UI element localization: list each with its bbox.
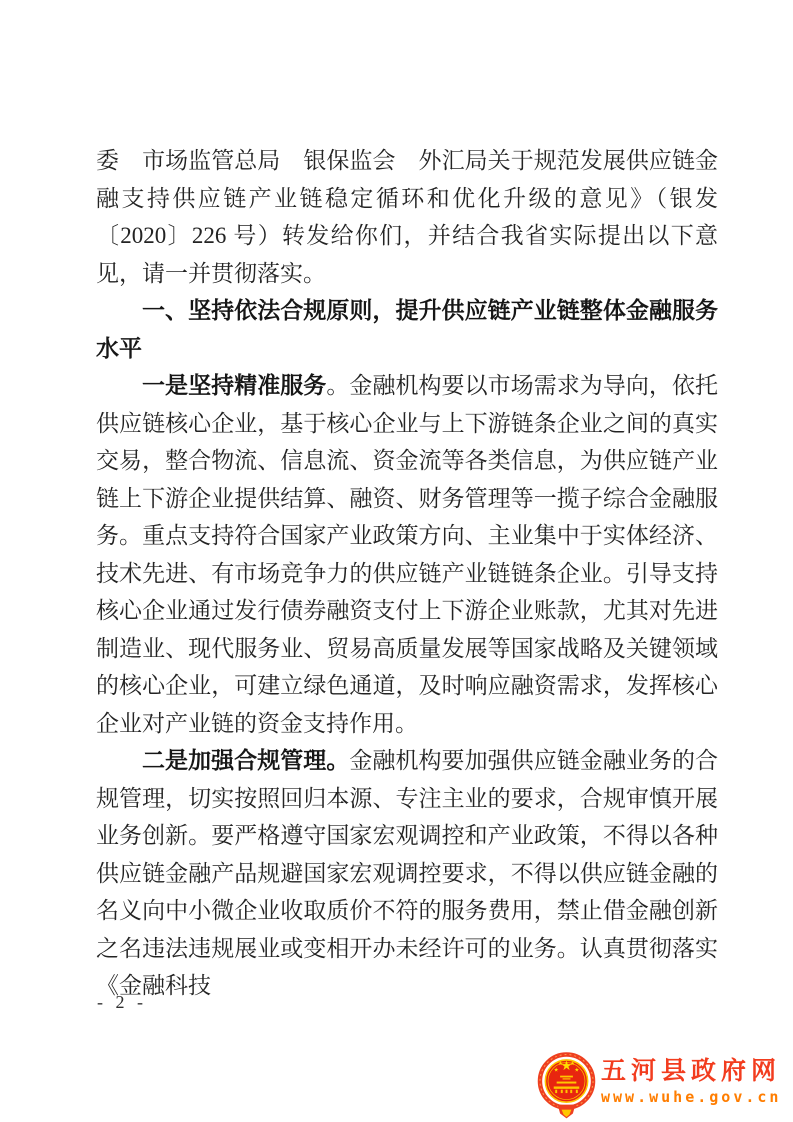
watermark-text: 五河县政府网 www.wuhe.gov.cn	[601, 1048, 781, 1108]
paragraph-item-2: 二是加强合规管理。金融机构要加强供应链金融业务的合规管理，切实按照回归本源、专注…	[96, 742, 718, 1005]
china-national-emblem-icon	[537, 1048, 596, 1122]
page-number: - 2 -	[97, 992, 147, 1013]
site-name: 五河县政府网	[601, 1055, 781, 1087]
document-body: 委 市场监管总局 银保监会 外汇局关于规范发展供应链金融支持供应链产业链稳定循环…	[96, 142, 718, 1005]
site-url: www.wuhe.gov.cn	[601, 1087, 781, 1108]
paragraph-text-1: 。金融机构要以市场需求为导向，依托供应链核心企业，基于核心企业与上下游链条企业之…	[96, 373, 718, 736]
subsection-lead-1: 一是坚持精准服务	[142, 372, 326, 398]
paragraph-continuation: 委 市场监管总局 银保监会 外汇局关于规范发展供应链金融支持供应链产业链稳定循环…	[96, 142, 718, 292]
section-heading: 一、坚持依法合规原则，提升供应链产业链整体金融服务水平	[96, 292, 718, 367]
site-watermark: 五河县政府网 www.wuhe.gov.cn	[537, 1048, 781, 1122]
paragraph-text-2: 金融机构要加强供应链金融业务的合规管理，切实按照回归本源、专注主业的要求，合规审…	[96, 748, 718, 998]
document-page: 委 市场监管总局 银保监会 外汇局关于规范发展供应链金融支持供应链产业链稳定循环…	[0, 0, 793, 1122]
paragraph-item-1: 一是坚持精准服务。金融机构要以市场需求为导向，依托供应链核心企业，基于核心企业与…	[96, 367, 718, 742]
subsection-lead-2: 二是加强合规管理。	[142, 747, 349, 773]
